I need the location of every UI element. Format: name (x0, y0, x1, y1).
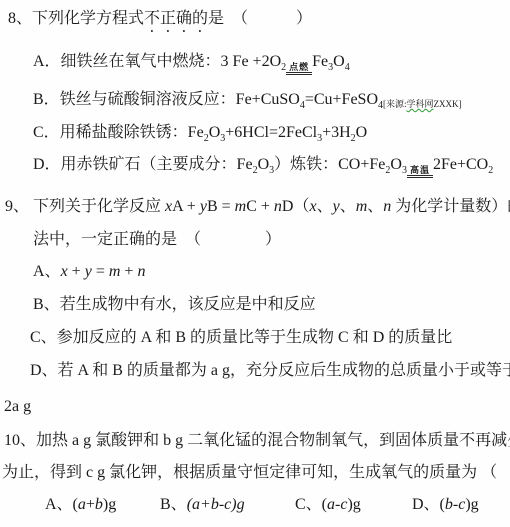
reaction-condition-label: 高温 (407, 165, 433, 178)
question-8-option-b: B．铁丝与硫酸铜溶液反应：Fe+CuSO4=Cu+FeSO4[来源:学科网ZXX… (33, 89, 462, 115)
reaction-condition-label: 点燃 (286, 62, 312, 75)
question-10-option-d: D、(b-c)g (412, 494, 479, 515)
question-10-option-b: B、(a+b-c)g (160, 494, 245, 515)
exam-document-page: 8、下列化学方程式不正确的是 （ ） A．细铁丝在氧气中燃烧：3 Fe +2O2… (0, 0, 510, 527)
watermark-text: [来源: (383, 99, 407, 109)
watermark-text: ZXXK] (434, 99, 462, 109)
question-9-stem-line2: 法中，一定正确的是 （ ） (33, 229, 281, 250)
question-9-stem-line1: 9、 下列关于化学反应 xA + yB = mC + nD（x、y、m、n 为化… (5, 196, 510, 217)
question-8-option-c: C．用稀盐酸除铁锈：Fe2O3+6HCl=2FeCl3+3H2O (33, 122, 367, 143)
watermark-text-wavy: 学科网 (407, 99, 434, 109)
question-9-option-c: C、参加反应的 A 和 B 的质量比等于生成物 C 和 D 的质量比 (30, 327, 452, 348)
question-8-option-d: D．用赤铁矿石（主要成分：Fe2O3）炼铁：CO+Fe2O3高温2Fe+CO2 (33, 154, 493, 178)
question-10-stem-line2: 为止，得到 c g 氯化钾，根据质量守恒定律可知，生成氧气的质量为 （ ） (2, 462, 510, 483)
question-8-stem: 8、下列化学方程式不正确的是 （ ） (8, 8, 312, 36)
question-9-option-d-line2: 2a g (4, 396, 31, 417)
question-9-option-a: A、x + y = m + n (33, 261, 145, 282)
question-10-option-a: A、(a+b)g (45, 494, 116, 515)
question-10-stem-line1: 10、加热 a g 氯酸钾和 b g 二氧化锰的混合物制氧气，到固体质量不再减少 (4, 430, 510, 451)
question-9-option-d-line1: D、若 A 和 B 的质量都为 a g，充分反应后生成物的总质量小于或等于 (30, 360, 510, 381)
question-10-option-c: C、(a-c)g (295, 494, 361, 515)
question-8-option-a: A．细铁丝在氧气中燃烧：3 Fe +2O2点燃Fe3O4 (33, 51, 350, 75)
question-9-option-b: B、若生成物中有水，该反应是中和反应 (33, 294, 316, 315)
